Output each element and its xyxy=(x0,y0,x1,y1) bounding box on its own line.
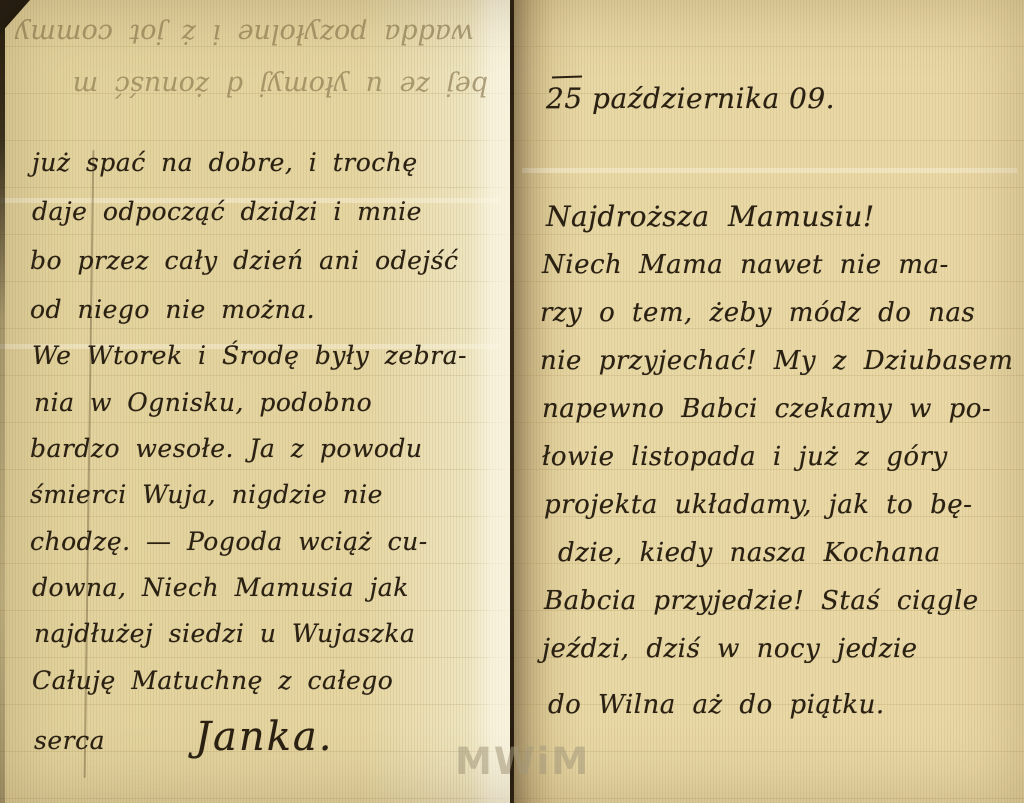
handwriting-line: najdłużej siedzi u Wujaszka xyxy=(34,619,415,648)
mirrored-bleedthrough-line: bej ze u yłomyj d żonuść m xyxy=(0,70,488,101)
handwriting-line: projekta układamy, jak to bę- xyxy=(544,490,972,520)
handwriting-line: od niego nie można. xyxy=(30,295,315,324)
handwriting-line: śmierci Wuja, nigdzie nie xyxy=(30,480,383,509)
handwriting-line: bo przez cały dzień ani odejść xyxy=(30,246,459,275)
handwriting-line: Niech Mama nawet nie ma- xyxy=(542,250,949,280)
closing-word: serca xyxy=(34,726,105,755)
handwriting-line: Całuję Matuchnę z całego xyxy=(32,666,393,695)
handwriting-line: rzy o tem, żeby módz do nas xyxy=(540,298,975,328)
handwriting-line: dzie, kiedy nasza Kochana xyxy=(558,538,941,568)
handwriting-line: już spać na dobre, i trochę xyxy=(32,148,418,177)
gutter-highlight xyxy=(468,0,510,803)
center-fold-line xyxy=(510,0,514,803)
letter-salutation: Najdroższa Mamusiu! xyxy=(546,200,875,233)
handwriting-line: nie przyjechać! My z Dziubasem xyxy=(540,346,1013,376)
handwriting-line: nia w Ognisku, podobno xyxy=(34,388,372,417)
handwriting-line: do Wilna aż do piątku. xyxy=(548,690,885,720)
letter-scan-photo: wadda pozyłolne i ż jot commy bej ze u y… xyxy=(0,0,1024,803)
handwriting-line: napewno Babci czekamy w po- xyxy=(542,394,991,424)
archive-watermark: MWiM xyxy=(455,740,590,783)
mirrored-bleedthrough-line: wadda pozyłolne i ż jot commy xyxy=(4,18,474,49)
handwriting-line: łowie listopada i już z góry xyxy=(542,442,948,472)
handwriting-line: daje odpocząć dzidzi i mnie xyxy=(32,197,422,226)
scan-left-edge xyxy=(0,0,5,803)
handwriting-line: We Wtorek i Środę były zebra- xyxy=(32,341,467,370)
handwriting-line: downa, Niech Mamusia jak xyxy=(32,573,409,602)
letter-date: 25 października 09. xyxy=(546,82,835,115)
handwriting-line: bardzo wesołe. Ja z powodu xyxy=(30,434,423,463)
handwriting-line: Babcia przyjedzie! Staś ciągle xyxy=(544,586,979,616)
signature: Janka. xyxy=(195,714,333,760)
paper-crease xyxy=(522,168,1017,173)
handwriting-line: jeździ, dziś w nocy jedzie xyxy=(542,634,918,664)
handwriting-line: chodzę. — Pogoda wciąż cu- xyxy=(30,527,428,556)
